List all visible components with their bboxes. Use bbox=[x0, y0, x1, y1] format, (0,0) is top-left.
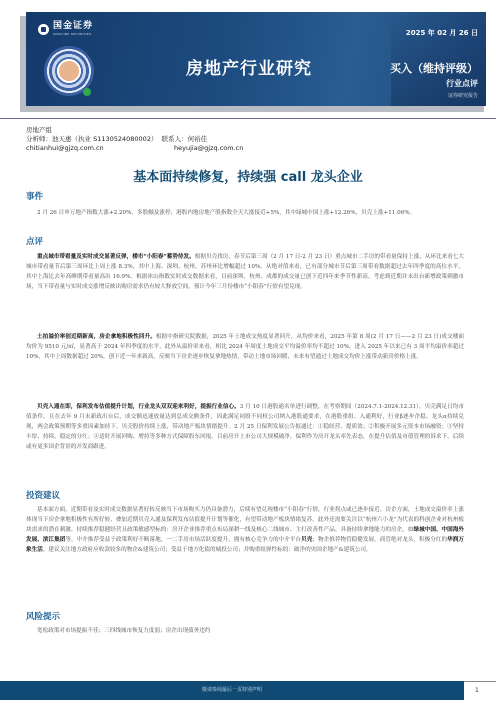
section-heading-review: 点评 bbox=[26, 235, 43, 247]
report-subtype: 证券研究报告 bbox=[448, 92, 478, 99]
risk-paragraph: 宽松政策对市场提振不佳；三四线城市恢复力度弱；房企出现债务违约 bbox=[26, 626, 464, 636]
review-p3-lead: 贝壳入通在即，保利发布估值提升计划，行业龙头双双迎来利好，提振行业信心。 bbox=[37, 404, 240, 410]
group-name: 房地产组 bbox=[26, 126, 243, 135]
analyst-name: 分析师：池天惠（执业 S1130524080002） bbox=[26, 135, 157, 144]
recommended-agency: 贝壳 bbox=[301, 537, 312, 543]
report-category-title: 房地产行业研究 bbox=[186, 54, 312, 79]
divider bbox=[0, 118, 496, 119]
invest-text-d: 。建议关注地方政府应收款较多的物企&建筑公司；受益于地方化债的城投公司；并购重组… bbox=[43, 547, 372, 553]
footer-disclaimer: 敬请参阅最后一页特别声明 bbox=[0, 686, 464, 693]
review-paragraph-1: 重点城市带看量及实时成交显著反弹，楼市“小阳春”蓄势待发。根据贝壳找房，春节后第… bbox=[26, 252, 464, 292]
review-p2-lead: 土拍溢价率创近期新高，房企拿地积极性回升。 bbox=[37, 334, 156, 340]
invest-text-a: 基本面方面，近期带看及实时成交数据显著好转反映当下市场购买力仍具备潜力，后续有望… bbox=[26, 507, 464, 533]
analyst-email[interactable]: chitianhui@gjzq.com.cn bbox=[26, 144, 174, 153]
contact-name: 联系人：何裕佳 bbox=[162, 135, 208, 144]
section-heading-event: 事件 bbox=[26, 190, 43, 202]
invest-text-b: 等。中介推荐受益于政策利好不断落地，一二手房市场活跃度提升，拥有核心竞争力的中介… bbox=[65, 537, 301, 543]
contact-email[interactable]: heyujia@gjzq.com.cn bbox=[174, 144, 243, 153]
author-info: 房地产组 分析师：池天惠（执业 S1130524080002） 联系人：何裕佳 … bbox=[26, 126, 243, 153]
company-logo: 国金证券 SINOLINK SECURITIES bbox=[38, 22, 93, 36]
section-heading-invest: 投资建议 bbox=[26, 489, 60, 501]
rating: 买入（维持评级） bbox=[390, 60, 478, 76]
logo-name: 国金证券 bbox=[53, 22, 93, 31]
document-title: 基本面持续修复，持续强 call 龙头企业 bbox=[0, 166, 496, 185]
invest-paragraph: 基本面方面，近期带看及实时成交数据显著好转反映当下市场购买力仍具备潜力，后续有望… bbox=[26, 505, 464, 555]
invest-text-c: ；物企推荐物管稳健发展，商管绝对龙头，积极分红的 bbox=[312, 537, 447, 543]
review-p1-lead: 重点城市带看量及实时成交显著反弹，楼市“小阳春”蓄势待发。 bbox=[37, 254, 195, 260]
report-date: 2025 年 02 月 26 日 bbox=[406, 28, 478, 38]
section-heading-risk: 风险提示 bbox=[26, 610, 60, 622]
review-paragraph-3: 贝壳入通在即，保利发布估值提升计划，行业龙头双双迎来利好，提振行业信心。3 月 … bbox=[26, 402, 464, 452]
footer-divider bbox=[464, 681, 496, 682]
event-paragraph: 2 月 26 日申万地产指数大涨+2.20%，多股触及涨停；港股内地房地产股指数… bbox=[26, 208, 464, 218]
qr-badge-icon bbox=[83, 88, 91, 96]
page-number: 1 bbox=[475, 687, 479, 694]
review-p3-body: 3 月 10 日港股通名单进行调整，在考察期间（2024.7.1-2024.12… bbox=[26, 404, 464, 450]
header-banner: 国金证券 SINOLINK SECURITIES 房地产行业研究 2025 年 … bbox=[26, 12, 486, 106]
report-type: 行业点评 bbox=[446, 78, 478, 89]
review-paragraph-2: 土拍溢价率创近期新高，房企拿地积极性回升。根据中指研究院数据，2025 年土地成… bbox=[26, 332, 464, 362]
logo-english: SINOLINK SECURITIES bbox=[53, 32, 93, 36]
logo-mark-icon bbox=[38, 24, 49, 35]
